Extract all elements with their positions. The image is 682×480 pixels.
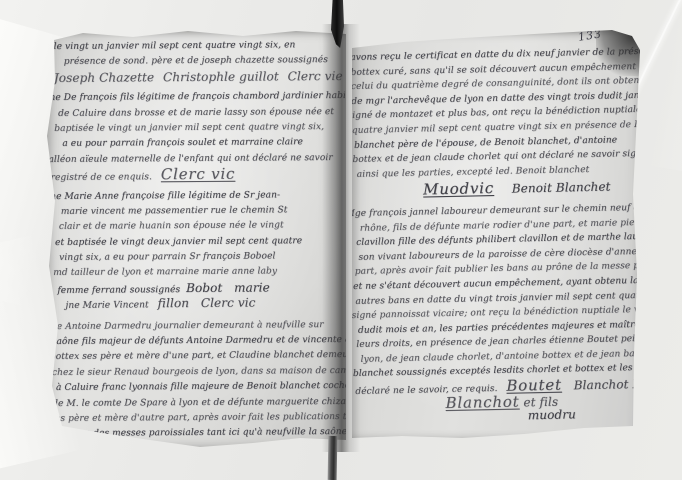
manuscript-text: md tailleur de lyon et marraine marie an… xyxy=(53,267,277,279)
signature: Blanchot Père xyxy=(574,377,649,393)
signature: Clerc vie xyxy=(288,69,343,83)
manuscript-text: et baptisée le vingt deux janvier mil se… xyxy=(55,236,302,248)
manuscript-text xyxy=(279,73,288,83)
manuscript-text: présence de sond. père et de joseph chaz… xyxy=(64,55,328,67)
binding-clamp-bottom xyxy=(328,436,338,480)
left-page-text: le vingt un janvier mil sept cent quatre… xyxy=(37,25,348,453)
manuscript-text: prônes des messes paroissiales tant ici … xyxy=(58,427,347,439)
manuscript-line: Joseph Chazette Christophle guillot Cler… xyxy=(54,69,339,86)
signature: Bobot marie xyxy=(186,280,270,295)
manuscript-text: marie vincent me passementier rue le che… xyxy=(61,205,288,217)
manuscript-text: Bme De françois fils légitime de françoi… xyxy=(40,91,348,103)
manuscript-line: registré de ce enquis. Clerc vic xyxy=(51,166,340,183)
manuscript-line: muodru xyxy=(528,406,644,423)
signature: Benoit Blanchet xyxy=(512,180,611,196)
manuscript-text: ses père et mère d'autre part, après avo… xyxy=(50,412,347,424)
manuscript-text: bottex ses père et mère d'une part, et C… xyxy=(50,350,348,362)
signature: fillon Clerc vic xyxy=(158,296,256,311)
manuscript-text xyxy=(494,186,512,196)
right-page: 133 avons reçu le certificat en datte du… xyxy=(344,24,644,442)
manuscript-line: prônes des messes paroissiales tant ici … xyxy=(58,425,341,442)
manuscript-text: le vingt un janvier mil sept cent quatre… xyxy=(54,40,296,52)
manuscript-text: a eu pour parrain françois soulet et mar… xyxy=(62,138,303,150)
manuscript-text: femme ferrand soussignés xyxy=(57,285,186,296)
manuscript-text: ainsi que les parties, excepté led. Beno… xyxy=(357,165,590,180)
manuscript-text: de Caluire dans brosse et de marie lassy… xyxy=(58,107,334,119)
manuscript-line: jne Marie Vincent fillon Clerc vic xyxy=(65,295,340,312)
left-page: le vingt un janvier mil sept cent quatre… xyxy=(38,26,346,452)
signature: muodru xyxy=(528,408,576,423)
scan-background: le vingt un janvier mil sept cent quatre… xyxy=(0,0,682,480)
manuscript-text xyxy=(562,382,574,392)
signature: Clerc vic xyxy=(161,165,235,184)
manuscript-text: Mge Antoine Darmedru journalier demeuran… xyxy=(42,320,324,332)
manuscript-text: baptisée le vingt un janvier mil sept ce… xyxy=(54,122,324,134)
manuscript-text: alléon aïeule maternelle de l'enfant qui… xyxy=(48,153,332,165)
manuscript-text: vingt six, a eu pour parrain Sr françois… xyxy=(59,251,275,263)
manuscript-text: de M. le comte De Spare à lyon et de déf… xyxy=(52,396,347,408)
right-page-text: avons reçu le certificat en datte du dix… xyxy=(340,21,649,445)
signature: Joseph Chazette xyxy=(54,70,154,85)
manuscript-text: Bme Marie Anne françoise fille légitime … xyxy=(41,190,280,202)
manuscript-text xyxy=(154,74,163,84)
manuscript-text: saône fils majeur de défunts Antoine Dar… xyxy=(52,335,348,347)
manuscript-text: clair et de marie huanin son épouse née … xyxy=(59,221,284,233)
manuscript-text: à Caluire franc lyonnais fille majeure d… xyxy=(56,381,347,393)
signature: Muodvic xyxy=(423,179,494,198)
manuscript-line: Muodvic Benoit Blanchet xyxy=(423,178,639,197)
manuscript-text: jne Marie Vincent xyxy=(65,300,157,311)
signature: Christophle guillot xyxy=(163,69,279,84)
manuscript-text: registré de ce enquis. xyxy=(51,172,161,183)
manuscript-text: chez le sieur Renaud bourgeois de lyon, … xyxy=(52,366,348,378)
signature: Blanchot xyxy=(445,392,519,412)
